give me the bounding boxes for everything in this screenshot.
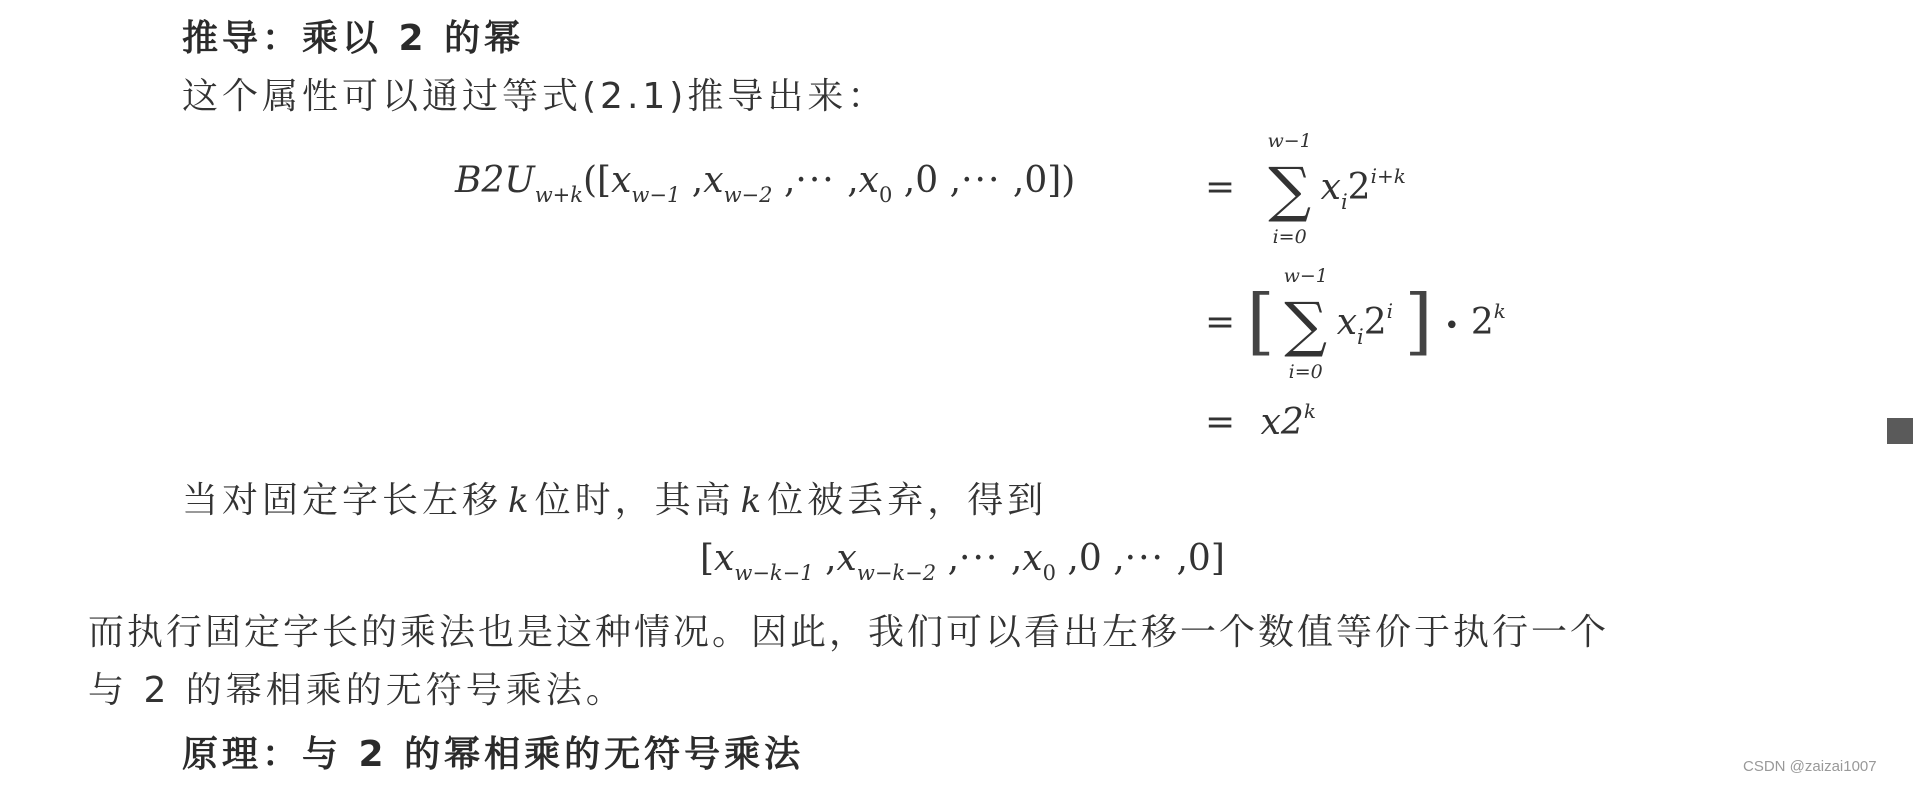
var-k: k [741, 481, 762, 521]
term-sub: i [1341, 190, 1348, 214]
principle-heading: 原理：与 2 的幂相乘的无符号乘法 [182, 726, 804, 777]
qed-marker-icon [1887, 418, 1913, 444]
open-paren-bracket: ([ [583, 160, 611, 201]
open-bracket: [ [700, 538, 714, 579]
arg-sub: w−k−1 [734, 561, 813, 585]
power-exp: i+k [1371, 164, 1406, 188]
zero: 0 [1079, 538, 1102, 579]
func-name: B2U [455, 160, 535, 201]
equals-sign: = [1205, 302, 1235, 343]
sum-lower-limit: i=0 [1275, 361, 1337, 383]
paragraph-line-1: 而执行固定字长的乘法也是这种情况。因此，我们可以看出左移一个数值等价于执行一个 [88, 604, 1609, 655]
watermark: CSDN @zaizai1007 [1743, 758, 1877, 775]
sigma-icon: ∑ [1259, 160, 1321, 220]
sigma-icon: ∑ [1275, 295, 1337, 355]
summation: w−1 ∑ i=0 [1275, 295, 1337, 355]
power-base: 2 [1364, 302, 1387, 343]
comma: , [784, 160, 795, 201]
paragraph-line-2: 与 2 的幂相乘的无符号乘法。 [88, 662, 626, 713]
zero: 0 [1188, 538, 1211, 579]
comma: , [1011, 538, 1022, 579]
shift-text-a: 当对固定字长左移 [182, 480, 502, 521]
close-bracket: ] [1211, 538, 1225, 579]
right-bracket-icon: ] [1405, 279, 1433, 363]
arg-base: x [611, 160, 631, 201]
equation-line-3: = x2k [1205, 402, 1316, 443]
multiply-dot: • [1444, 311, 1459, 341]
arg-sub: 0 [1043, 561, 1056, 585]
truncated-vector: [xw−k−1 ,xw−k−2 ,··· ,x0 ,0 ,··· ,0] [700, 538, 1225, 579]
zero: 0 [915, 160, 938, 201]
arg-base: x [714, 538, 734, 579]
func-subscript: w+k [535, 183, 583, 207]
equation-line-1-rhs: = w−1 ∑ i=0 xi2i+k [1205, 160, 1406, 220]
comma: , [825, 538, 836, 579]
zero: 0 [1024, 160, 1047, 201]
sum-upper-limit: w−1 [1275, 265, 1337, 287]
comma: , [1176, 538, 1187, 579]
arg-base: x [1022, 538, 1042, 579]
comma: , [948, 538, 959, 579]
ellipsis: ··· [795, 160, 835, 201]
result-exp: k [1304, 399, 1316, 423]
comma: , [692, 160, 703, 201]
ellipsis: ··· [959, 538, 999, 579]
shift-sentence: 当对固定字长左移k位时，其高k位被丢弃，得到 [182, 472, 1047, 523]
arg-sub: w−1 [631, 183, 680, 207]
comma: , [1013, 160, 1024, 201]
arg-base: x [703, 160, 723, 201]
factor-exp: k [1494, 299, 1506, 323]
left-bracket-icon: [ [1247, 279, 1275, 363]
shift-text-c: 位被丢弃，得到 [767, 480, 1047, 521]
term-base: x [1321, 167, 1341, 208]
equals-sign: = [1205, 402, 1235, 443]
close-bracket-paren: ]) [1047, 160, 1075, 201]
arg-sub: 0 [879, 183, 892, 207]
sum-lower-limit: i=0 [1259, 226, 1321, 248]
equation-line-2: = [ w−1 ∑ i=0 xi2i ] • 2k [1205, 283, 1506, 367]
derivation-heading: 推导：乘以 2 的幂 [182, 10, 524, 61]
ellipsis: ··· [961, 160, 1001, 201]
arg-base: x [859, 160, 879, 201]
comma: , [847, 160, 858, 201]
term-sub: i [1357, 325, 1364, 349]
comma: , [950, 160, 961, 201]
term-base: x [1337, 302, 1357, 343]
var-k: k [508, 481, 529, 521]
factor-base: 2 [1471, 302, 1494, 343]
equals-sign: = [1205, 167, 1235, 208]
arg-base: x [837, 538, 857, 579]
power-base: 2 [1348, 167, 1371, 208]
result-base: x2 [1261, 402, 1304, 443]
summation: w−1 ∑ i=0 [1259, 160, 1321, 220]
power-exp: i [1387, 299, 1393, 323]
ellipsis: ··· [1125, 538, 1165, 579]
intro-text: 这个属性可以通过等式(2.1)推导出来： [182, 68, 887, 119]
comma: , [904, 160, 915, 201]
equation-lhs: B2Uw+k([xw−1 ,xw−2 ,··· ,x0 ,0 ,··· ,0]) [455, 160, 1075, 201]
comma: , [1113, 538, 1124, 579]
arg-sub: w−k−2 [857, 561, 936, 585]
shift-text-b: 位时，其高 [535, 480, 735, 521]
sum-upper-limit: w−1 [1259, 130, 1321, 152]
arg-sub: w−2 [724, 183, 773, 207]
comma: , [1067, 538, 1078, 579]
